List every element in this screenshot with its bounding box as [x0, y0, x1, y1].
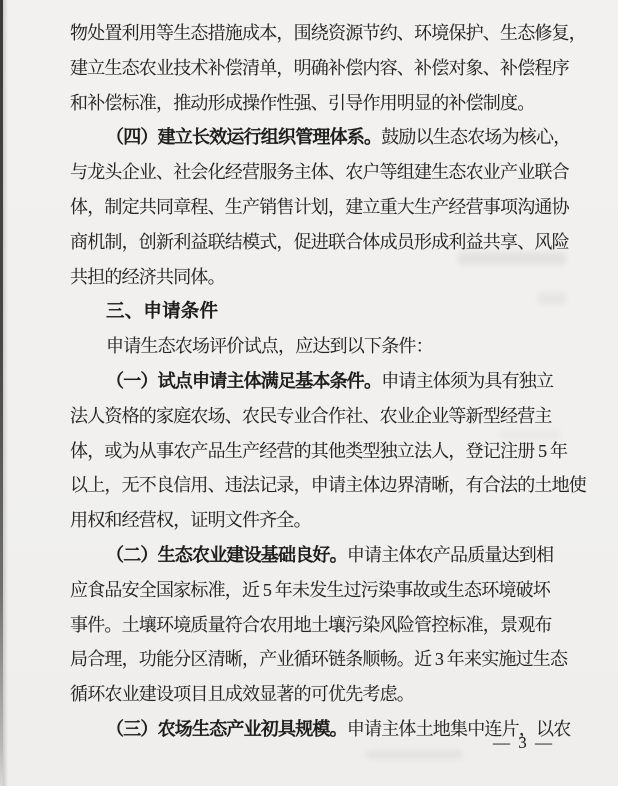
text-run: 共担的经济共同体。 — [70, 267, 225, 287]
text-line: （一）试点申请主体满足基本条件。申请主体须为具有独立 — [70, 364, 568, 399]
text-line: 循环农业建设项目且成效显著的可优先考虑。 — [70, 677, 568, 712]
text-run: 体，制定共同章程、生产销售计划，建立重大生产经营事项沟通协 — [70, 197, 569, 217]
bleed-through-mark — [538, 292, 566, 305]
text-line: 事件。土壤环境质量符合农用地土壤污染风险管控标准，景观布 — [70, 608, 568, 643]
bold-text-run: （一）试点申请主体满足基本条件。 — [106, 371, 381, 391]
text-run: 申请主体须为具有独立 — [381, 371, 553, 391]
bleed-through-mark — [500, 430, 560, 440]
bold-text-run: （三）农场生态产业初具规模。 — [106, 719, 347, 739]
page-number: — 3 — — [493, 733, 554, 753]
text-line: 体，或为从事农产品生产经营的其他类型独立法人，登记注册 5 年 — [70, 434, 568, 469]
section-heading: 三、申请条件 — [70, 294, 568, 329]
text-line: 法人资格的家庭农场、农民专业合作社、农业企业等新型经营主 — [70, 399, 568, 434]
text-run: 建立生态农业技术补偿清单，明确补偿内容、补偿对象、补偿程序 — [70, 58, 569, 78]
text-run: 体，或为从事农产品生产经营的其他类型独立法人，登记注册 5 年 — [70, 441, 567, 461]
text-run: 与龙头企业、社会化经营服务主体、农户等组建生态农业产业联合 — [70, 162, 569, 182]
text-line: 局合理，功能分区清晰，产业循环链条顺畅。近 3 年来实施过生态 — [70, 642, 568, 677]
bold-text-run: （四）建立长效运行组织管理体系。 — [106, 127, 381, 147]
text-line: 与龙头企业、社会化经营服务主体、农户等组建生态农业产业联合 — [70, 155, 568, 190]
text-line: 和补偿标准，推动形成操作性强、引导作用明显的补偿制度。 — [70, 86, 568, 121]
text-line: 应食品安全国家标准，近 5 年未发生过污染事故或生态环境破坏 — [70, 573, 568, 608]
text-run: 事件。土壤环境质量符合农用地土壤污染风险管控标准，景观布 — [70, 615, 552, 635]
text-line: （四）建立长效运行组织管理体系。鼓励以生态农场为核心， — [70, 120, 568, 155]
text-run: 物处置利用等生态措施成本，围绕资源节约、环境保护、生态修复， — [70, 23, 586, 43]
text-run: 用权和经营权，证明文件齐全。 — [70, 510, 311, 530]
bleed-through-mark — [458, 252, 566, 265]
text-run: 申请主体农产品质量达到相 — [347, 545, 553, 565]
text-run: 以上，无不良信用、违法记录，申请主体边界清晰，有合法的土地使 — [70, 475, 586, 495]
bold-text-run: （二）生态农业建设基础良好。 — [106, 545, 347, 565]
document-body: 物处置利用等生态措施成本，围绕资源节约、环境保护、生态修复，建立生态农业技术补偿… — [70, 16, 568, 747]
text-run: 局合理，功能分区清晰，产业循环链条顺畅。近 3 年来实施过生态 — [70, 649, 567, 669]
bold-text-run: 三、申请条件 — [106, 300, 218, 321]
bleed-through-mark — [366, 750, 462, 759]
text-line: （二）生态农业建设基础良好。申请主体农产品质量达到相 — [70, 538, 568, 573]
text-line: 体，制定共同章程、生产销售计划，建立重大生产经营事项沟通协 — [70, 190, 568, 225]
text-run: 鼓励以生态农场为核心， — [381, 127, 570, 147]
text-run: 应食品安全国家标准，近 5 年未发生过污染事故或生态环境破坏 — [70, 580, 550, 600]
text-line: 申请生态农场评价试点，应达到以下条件： — [70, 329, 568, 364]
text-run: 商机制，创新利益联结模式，促进联合体成员形成利益共享、风险 — [70, 232, 569, 252]
text-line: 用权和经营权，证明文件齐全。 — [70, 503, 568, 538]
text-line: 以上，无不良信用、违法记录，申请主体边界清晰，有合法的土地使 — [70, 468, 568, 503]
text-run: 和补偿标准，推动形成操作性强、引导作用明显的补偿制度。 — [70, 93, 534, 113]
scanned-page: 物处置利用等生态措施成本，围绕资源节约、环境保护、生态修复，建立生态农业技术补偿… — [0, 0, 618, 786]
text-run: 申请生态农场评价试点，应达到以下条件： — [106, 336, 433, 356]
text-line: 物处置利用等生态措施成本，围绕资源节约、环境保护、生态修复， — [70, 16, 568, 51]
text-run: 法人资格的家庭农场、农民专业合作社、农业企业等新型经营主 — [70, 406, 552, 426]
text-line: 建立生态农业技术补偿清单，明确补偿内容、补偿对象、补偿程序 — [70, 51, 568, 86]
text-run: 循环农业建设项目且成效显著的可优先考虑。 — [70, 684, 414, 704]
scan-left-edge-shadow — [3, 0, 8, 786]
